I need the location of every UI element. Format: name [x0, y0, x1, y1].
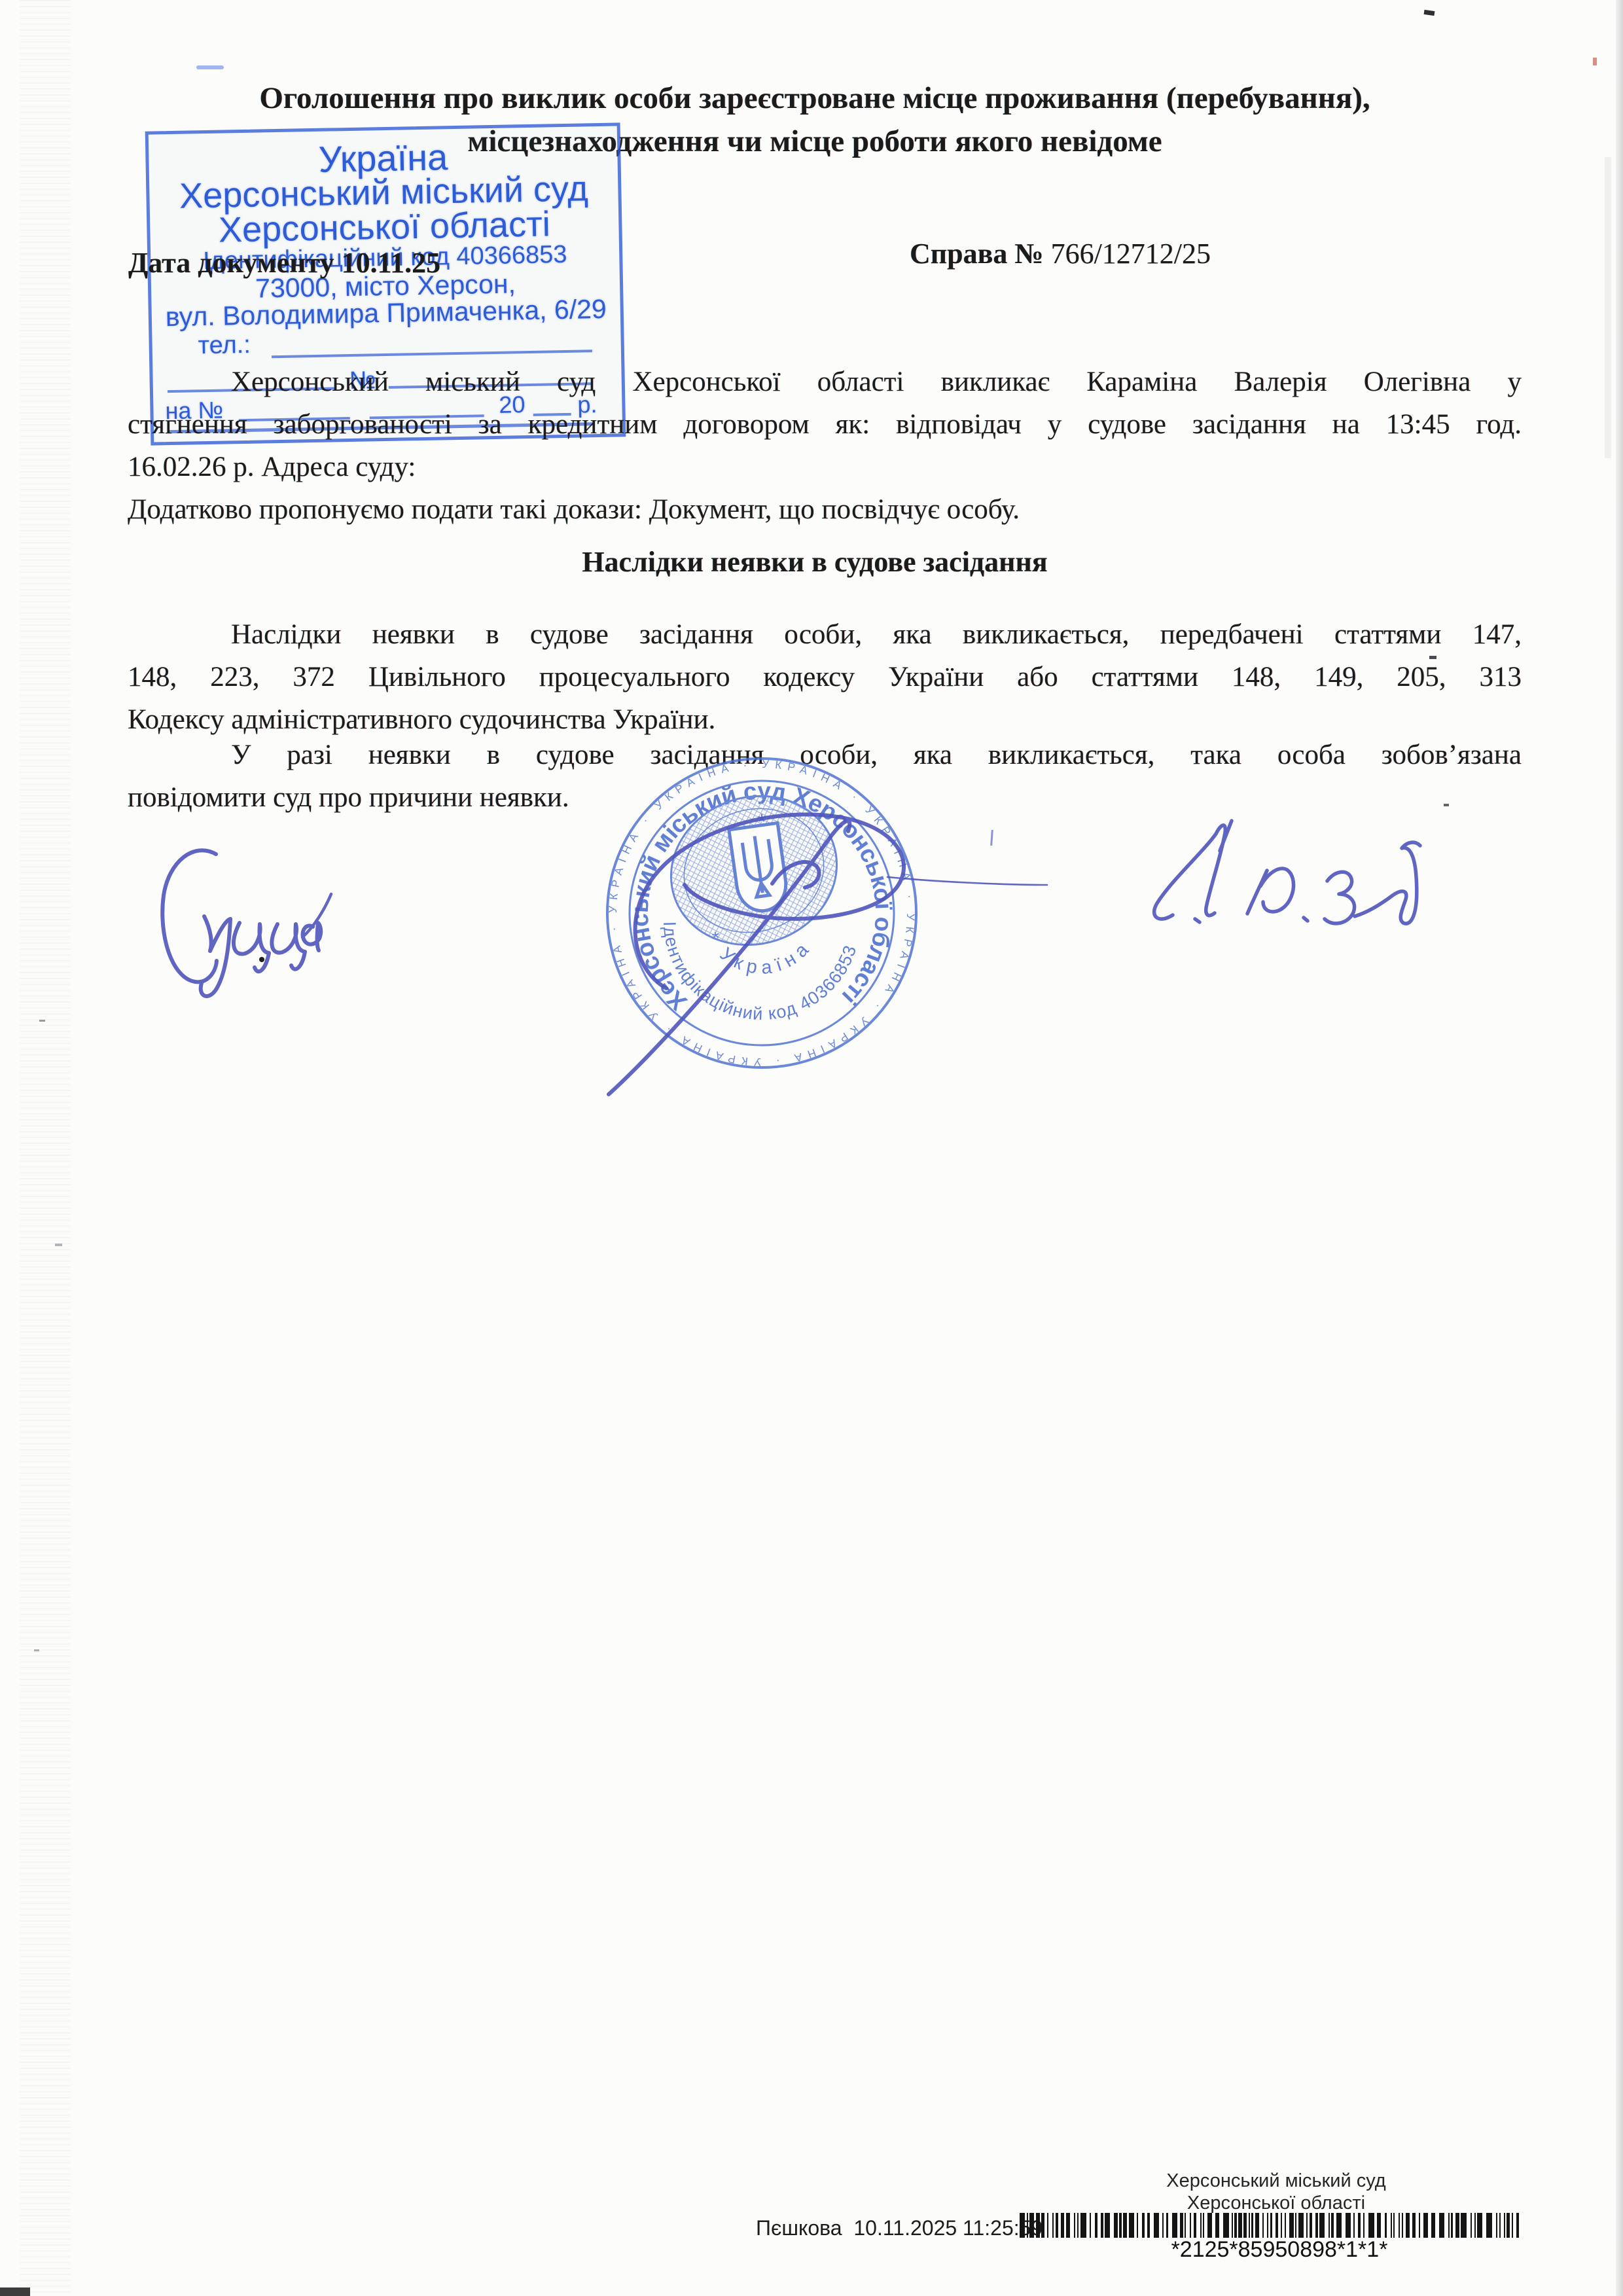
- case-label: Справа №: [910, 238, 1044, 270]
- case-number: 766/12712/25: [1051, 238, 1211, 270]
- round-court-seal: УКРАЇНА · УКРАЇНА · УКРАЇНА · УКРАЇНА · …: [533, 684, 991, 1142]
- scan-speck: [1593, 58, 1597, 65]
- scan-speck: [39, 1020, 45, 1022]
- scan-speck: [1429, 656, 1436, 659]
- section-heading: Наслідки неявки в судове засідання: [115, 545, 1515, 579]
- document-date: Дата документу 10.11.25: [128, 246, 440, 279]
- scan-speck: [34, 1649, 39, 1651]
- footer-operator: Пєшкова: [756, 2216, 842, 2240]
- footer-court-line2: Херсонської області: [1073, 2193, 1479, 2214]
- scan-speck: [1424, 10, 1435, 16]
- scan-speck-blue: [196, 65, 224, 69]
- barcode-value: *2125*85950898*1*1*: [1083, 2237, 1476, 2263]
- stamp-blank-line: [272, 350, 592, 358]
- document-title-line1: Оголошення про виклик особи зареєстрован…: [115, 80, 1515, 117]
- footer-operator-line: Пєшкова 10.11.2025 11:25:59: [756, 2216, 1043, 2240]
- scan-speck: [0, 2287, 30, 2296]
- footer-court-line1: Херсонський міський суд: [1073, 2170, 1479, 2192]
- scan-noise-left-edge: [20, 0, 71, 2296]
- judge-signature-left: [162, 850, 331, 996]
- scan-right-page-edge: [1616, 0, 1623, 2296]
- judge-signature-right: [1154, 821, 1420, 924]
- body-p2-line1: Наслідки неявки в судове засідання особи…: [128, 617, 1522, 653]
- body-p1-line2: стягнення заборгованості за кредитним до…: [128, 407, 1522, 442]
- scan-speck: [55, 1244, 62, 1246]
- barcode: [1020, 2213, 1539, 2238]
- body-p1-line1: Херсонський міський суд Херсонської обла…: [128, 365, 1522, 400]
- body-p1-line4: Додатково пропонуємо подати такі докази:…: [128, 492, 1522, 528]
- footer-datetime: 10.11.2025 11:25:59: [853, 2216, 1043, 2240]
- case-number-line: Справа № 766/12712/25: [910, 237, 1211, 270]
- scanned-court-document: Оголошення про виклик особи зареєстрован…: [0, 0, 1623, 2296]
- scan-smudge: [1605, 157, 1611, 458]
- ink-dot: [259, 957, 264, 962]
- stamp-tel-label: тел.:: [198, 331, 251, 360]
- body-p1-line3: 16.02.26 р. Адреса суду:: [128, 450, 1522, 485]
